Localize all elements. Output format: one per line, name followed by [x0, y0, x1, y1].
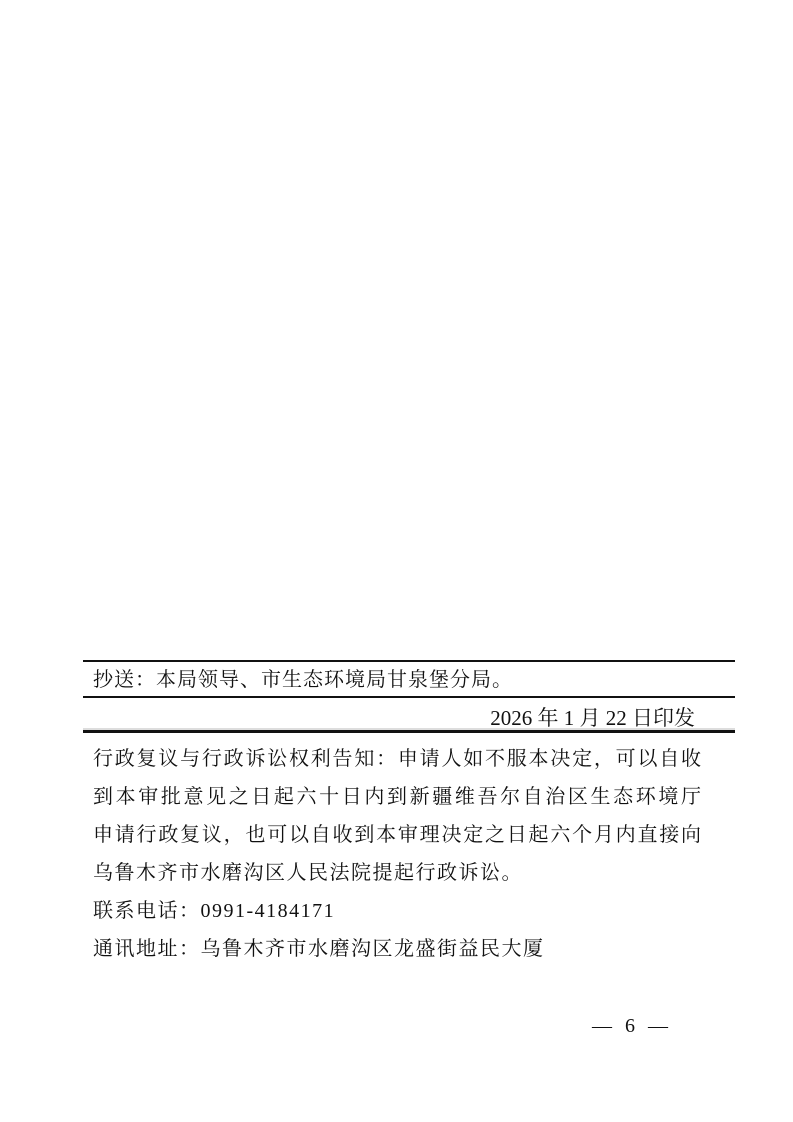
page-number: — 6 — [592, 1014, 672, 1038]
cc-distribution-line: 抄送：本局领导、市生态环境局甘泉堡分局。 [93, 666, 733, 694]
horizontal-rule-bottom [83, 730, 735, 733]
notice-line-3: 申请行政复议，也可以自收到本审理决定之日起六个月内直接向 [93, 816, 701, 854]
contact-phone-line: 联系电话：0991-4184171 [93, 892, 701, 930]
legal-notice-block: 行政复议与行政诉讼权利告知：申请人如不服本决定，可以自收 到本审批意见之日起六十… [93, 740, 701, 968]
horizontal-rule-middle [83, 696, 735, 698]
horizontal-rule-top [83, 660, 735, 662]
notice-line-2: 到本审批意见之日起六十日内到新疆维吾尔自治区生态环境厅 [93, 778, 701, 816]
print-date: 2026 年 1 月 22 日印发 [83, 706, 695, 730]
document-page: 抄送：本局领导、市生态环境局甘泉堡分局。 2026 年 1 月 22 日印发 行… [0, 0, 793, 1122]
contact-address-line: 通讯地址：乌鲁木齐市水磨沟区龙盛街益民大厦 [93, 930, 701, 968]
notice-line-4: 乌鲁木齐市水磨沟区人民法院提起行政诉讼。 [93, 854, 701, 892]
notice-line-1: 行政复议与行政诉讼权利告知：申请人如不服本决定，可以自收 [93, 740, 701, 778]
